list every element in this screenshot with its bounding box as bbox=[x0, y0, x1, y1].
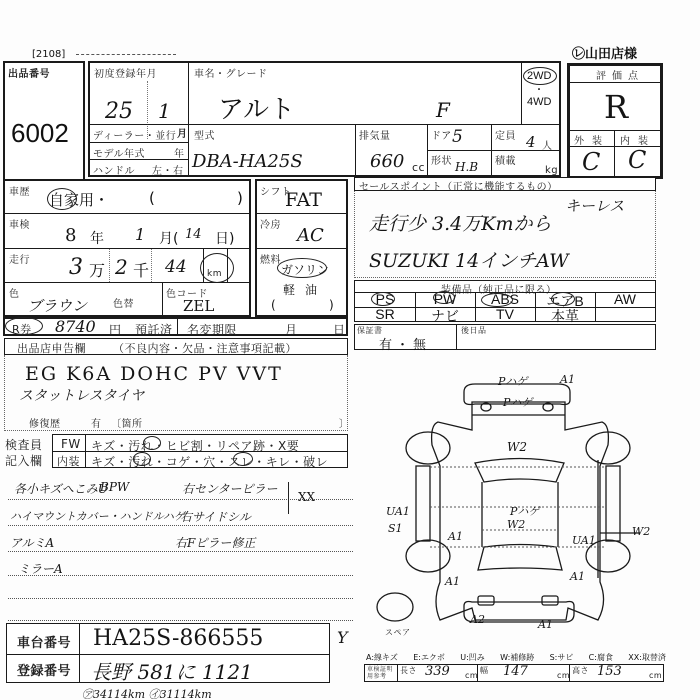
note-line bbox=[8, 620, 353, 621]
divider bbox=[5, 213, 249, 214]
mileage-sen: 2 bbox=[115, 255, 128, 279]
evaluation-label: 評価点 bbox=[596, 67, 644, 82]
mileage-rest: 44 bbox=[165, 257, 187, 277]
body-shape-label: 形状 bbox=[431, 152, 452, 167]
divider bbox=[7, 654, 329, 655]
color-value: ブラウン bbox=[27, 295, 87, 316]
inspection-label: 車検 bbox=[9, 216, 30, 231]
fuel-paren-close: ) bbox=[329, 298, 334, 312]
fuel-gasoline-circle bbox=[277, 258, 327, 278]
header-scan-line bbox=[76, 54, 176, 55]
doors-value: 5 bbox=[452, 127, 463, 147]
car-name-label: 車名・グレード bbox=[194, 65, 268, 80]
bracket-mark bbox=[285, 482, 289, 514]
equip-sr: SR bbox=[355, 306, 415, 322]
lot-number-box: 出品番号 6002 bbox=[3, 61, 85, 181]
lot-number-value: 6002 bbox=[11, 118, 69, 149]
divider bbox=[53, 451, 347, 452]
shift-value: FAT bbox=[285, 189, 322, 211]
sales-point-keyless: キーレス bbox=[565, 195, 624, 216]
divider bbox=[569, 665, 570, 681]
seller-notes-area: EG K6A DOHC PV VVT スタットレスタイヤ 修復歴 有 〔箇所 〕 bbox=[4, 355, 348, 431]
handle-label: ハンドル bbox=[93, 162, 135, 177]
divider bbox=[257, 213, 346, 214]
handle-options: 左・右 bbox=[152, 162, 184, 177]
equip-leather: 本革 bbox=[535, 306, 595, 326]
history-paren-open: ( bbox=[149, 189, 155, 207]
fuel-paren-open: ( bbox=[271, 298, 276, 312]
first-registration-month: 1 bbox=[158, 99, 171, 123]
dealer-label: ディーラー・並行 bbox=[93, 127, 176, 142]
car-name-value: アルト bbox=[218, 89, 295, 126]
color-label: 色 bbox=[9, 285, 20, 300]
registration-label: 登録番号 bbox=[17, 660, 71, 679]
model-code-label: 型式 bbox=[194, 127, 215, 142]
warranty-options: 有・無 bbox=[379, 334, 430, 353]
name-change-day: 日 bbox=[333, 321, 346, 338]
model-year-label: モデル年式 bbox=[93, 145, 145, 160]
history-circle bbox=[47, 188, 77, 210]
equip-pw-circle bbox=[433, 291, 455, 304]
legend-xx: XX:取替済 bbox=[628, 652, 666, 663]
mark-roof-lower: W2 bbox=[507, 518, 525, 531]
width-label: 幅 bbox=[480, 665, 489, 676]
mark-left-door: UA1 bbox=[386, 505, 410, 518]
divider bbox=[90, 142, 188, 143]
name-change-month: 月 bbox=[285, 321, 298, 338]
dimensions-label: 車検証明用参考 bbox=[367, 666, 395, 680]
divider bbox=[570, 130, 660, 131]
inspector-note-2a: ハイマウントカバー・ハンドルハゲ bbox=[10, 508, 185, 524]
mileage-km-circle bbox=[200, 253, 234, 283]
load-unit: kg bbox=[545, 165, 558, 176]
divider bbox=[355, 124, 356, 177]
note-line bbox=[8, 598, 353, 599]
mark-rear-bumper-left: A2 bbox=[470, 613, 485, 626]
legend-u: U:凹み bbox=[460, 652, 485, 663]
divider bbox=[177, 319, 178, 334]
mark-left-sill: S1 bbox=[388, 522, 403, 535]
inspector-note-3a: アルミA bbox=[10, 534, 54, 551]
divider bbox=[85, 435, 86, 467]
divider bbox=[90, 124, 188, 125]
month-unit: 月 bbox=[177, 125, 188, 140]
first-registration-label: 初度登録年月 bbox=[94, 65, 157, 80]
capacity-label: 定員 bbox=[495, 127, 516, 142]
legend-a: A:線キズ bbox=[366, 652, 398, 663]
divider bbox=[570, 82, 660, 83]
height-unit: cm bbox=[649, 671, 662, 680]
dimensions-table: 車検証明用参考 長さ 339 cm 幅 147 cm 高さ 153 cm bbox=[364, 664, 664, 682]
spare-label: スペア bbox=[385, 627, 411, 638]
inspector-label-1: 検査員 bbox=[5, 436, 43, 453]
interior-grade: C bbox=[628, 146, 646, 174]
sales-point-wheels: SUZUKI 14インチAW bbox=[369, 246, 569, 273]
inspection-month: 1 bbox=[135, 225, 145, 244]
divider bbox=[570, 146, 660, 147]
interior-label: 内装 bbox=[620, 132, 656, 147]
repair-place-close: 〕 bbox=[339, 415, 350, 430]
mark-hood-front: Pハゲ bbox=[503, 394, 532, 410]
vehicle-info-box: 初度登録年月 25 1 月 車名・グレード アルト F 2WD ・ 4WD ディ… bbox=[88, 61, 561, 177]
history-paren-close: ) bbox=[237, 189, 243, 207]
equip-abs-circle bbox=[481, 293, 513, 307]
capacity-value: 4 bbox=[526, 133, 536, 151]
divider bbox=[5, 248, 249, 249]
divider bbox=[477, 665, 478, 681]
divider bbox=[427, 150, 561, 151]
inspector-note-2c: 右サイドシル bbox=[180, 508, 251, 525]
history-box: 車歴 自家用・ ( ) 車検 8 年 1 月( 14 日) 走行 3 万 2 千… bbox=[3, 179, 251, 317]
repair-history-label: 修復歴 bbox=[29, 415, 61, 430]
inspection-day-unit: 日) bbox=[215, 228, 234, 248]
mileage-label: 走行 bbox=[9, 251, 30, 266]
repair-place-label: 〔箇所 bbox=[111, 415, 143, 430]
mileage-man-unit: 万 bbox=[89, 258, 105, 281]
inspector-note-1a: 各小キズへこみU bbox=[14, 480, 108, 497]
width-value: 147 bbox=[503, 664, 528, 679]
damage-legend: A:線キズ E:エクボ U:凹み W:補修跡 S:サビ C:腐食 XX:取替済 bbox=[366, 652, 666, 663]
displacement-label: 排気量 bbox=[359, 127, 391, 142]
fw-label: FW bbox=[61, 437, 81, 451]
chassis-value: HA25S-866555 bbox=[93, 626, 263, 651]
legend-c: C:腐食 bbox=[589, 652, 613, 663]
length-value: 339 bbox=[425, 664, 450, 679]
divider bbox=[491, 124, 492, 177]
drive-4wd: 4WD bbox=[527, 96, 551, 108]
equip-ps-circle bbox=[371, 292, 395, 306]
interior-stain-circle bbox=[133, 452, 151, 466]
displacement-unit: cc bbox=[412, 161, 425, 174]
auction-house-label: ㋹山田店様 bbox=[572, 43, 637, 62]
recycle-status: 預託済 bbox=[135, 321, 173, 338]
displacement-value: 660 bbox=[370, 151, 404, 172]
height-label: 高さ bbox=[572, 665, 589, 676]
exterior-grade: C bbox=[582, 148, 600, 176]
inspector-note-1b: BPW bbox=[100, 480, 129, 494]
divider bbox=[614, 130, 615, 176]
load-label: 積載 bbox=[495, 152, 516, 167]
chassis-table: 車台番号 HA25S-866555 登録番号 長野 581に 1121 bbox=[6, 623, 330, 683]
doors-label: ドア bbox=[431, 127, 452, 142]
height-value: 153 bbox=[597, 664, 622, 679]
bracket-note: XX bbox=[298, 490, 315, 504]
divider bbox=[188, 124, 561, 125]
color-change-label: 色替 bbox=[113, 295, 134, 310]
interior-items: キズ・汚れ・コゲ・穴・スレ・キレ・破レ bbox=[91, 453, 328, 470]
evaluation-box: 評価点 R 外装 内装 C C bbox=[567, 63, 663, 179]
note-line bbox=[8, 551, 353, 552]
chassis-side-mark: Y bbox=[337, 628, 348, 647]
sheet-code: [2108] bbox=[32, 49, 65, 60]
first-registration-year: 25 bbox=[105, 99, 133, 124]
equip-aw: AW bbox=[595, 291, 655, 307]
legend-s: S:サビ bbox=[550, 652, 574, 663]
seller-notes-label: 出品店申告欄 bbox=[17, 340, 86, 356]
recycle-box: R券 8740 円 預託済 名変期限 月 日 bbox=[3, 317, 348, 336]
seller-notes-header: 出品店申告欄 （不良内容・欠品・注意事項記載） bbox=[4, 338, 348, 355]
legend-w: W:補修跡 bbox=[500, 652, 534, 663]
mark-front-bumper-top: Pハゲ bbox=[498, 373, 527, 389]
drive-separator: ・ bbox=[534, 81, 544, 96]
mark-left-quarter: A1 bbox=[445, 575, 460, 588]
mark-roof: Pハゲ bbox=[510, 503, 539, 519]
mark-front-bumper-right: A1 bbox=[560, 373, 575, 386]
seller-notes-sublabel: （不良内容・欠品・注意事項記載） bbox=[113, 340, 297, 356]
fw-stain-circle bbox=[143, 436, 161, 450]
inspector-note-3c: 右Fピラー修正 bbox=[175, 534, 255, 551]
divider bbox=[257, 248, 346, 249]
equipment-box: 装備品（純正品に限る） PS PW ABS エアB AW SR ナビ TV 本革 bbox=[354, 280, 656, 322]
evaluation-score: R bbox=[604, 88, 628, 126]
inspector-table: FW キズ・汚れ・ヒビ割・リペア跡・X要 内装 キズ・汚れ・コゲ・穴・スレ・キレ… bbox=[52, 434, 348, 468]
inspection-day: 14 bbox=[185, 227, 202, 242]
sales-point-mileage: 走行少 3.4万Kmから bbox=[369, 209, 551, 236]
note-line bbox=[8, 525, 353, 526]
fuel-diesel: 軽油 bbox=[283, 281, 327, 298]
chassis-label: 車台番号 bbox=[17, 632, 71, 651]
recycle-unit: 円 bbox=[109, 321, 122, 338]
aircon-value: AC bbox=[297, 225, 324, 246]
mark-left-rear-door: A1 bbox=[448, 530, 463, 543]
divider bbox=[79, 624, 80, 682]
inspection-year: 8 bbox=[65, 225, 76, 246]
mark-right-quarter: A1 bbox=[570, 570, 585, 583]
divider bbox=[162, 282, 163, 315]
divider bbox=[397, 665, 398, 681]
capacity-unit: 人 bbox=[542, 137, 553, 152]
registration-value: 長野 581に 1121 bbox=[91, 656, 253, 685]
mileage-man: 3 bbox=[69, 255, 83, 280]
inspection-year-unit: 年 bbox=[90, 228, 104, 248]
aircon-label: 冷房 bbox=[260, 216, 281, 231]
divider bbox=[188, 63, 189, 177]
model-code-value: DBA-HA25S bbox=[192, 151, 303, 172]
length-label: 長さ bbox=[400, 665, 417, 676]
divider bbox=[456, 325, 457, 349]
lot-number-label: 出品番号 bbox=[8, 65, 50, 80]
color-code-value: ZEL bbox=[183, 297, 214, 315]
recycle-amount: 8740 bbox=[55, 317, 96, 336]
mark-right-door: UA1 bbox=[572, 534, 596, 547]
inspection-month-unit: 月( bbox=[159, 228, 178, 248]
history-label: 車歴 bbox=[9, 183, 30, 198]
divider bbox=[521, 63, 522, 125]
sales-points-header: セールスポイント（正常に機能するもの） bbox=[354, 177, 656, 191]
after-items-label: 後日品 bbox=[461, 325, 487, 336]
equip-airbag-circle bbox=[551, 292, 575, 306]
shift-box: シフト FAT 冷房 AC 燃料 ガソリン 軽油 ( ) bbox=[255, 179, 348, 317]
model-year-unit: 年 bbox=[174, 145, 185, 160]
exterior-label: 外装 bbox=[574, 132, 610, 147]
seller-note-tires: スタットレスタイヤ bbox=[19, 385, 144, 405]
inspector-note-1c: 右センターピラー bbox=[182, 480, 278, 497]
interior-scuff-circle bbox=[233, 452, 253, 466]
seller-note-engine: EG K6A DOHC PV VVT bbox=[25, 363, 283, 385]
grade-value: F bbox=[436, 98, 450, 122]
mileage-sen-unit: 千 bbox=[133, 258, 149, 281]
recycle-label: R券 bbox=[12, 321, 32, 337]
repair-history-value: 有 bbox=[91, 415, 102, 430]
name-change-label: 名変期限 bbox=[187, 321, 237, 338]
equip-navi: ナビ bbox=[415, 306, 475, 326]
divider bbox=[151, 249, 152, 282]
inspector-note-4a: ミラーA bbox=[18, 560, 63, 577]
divider bbox=[227, 249, 228, 282]
equip-tv: TV bbox=[475, 306, 535, 322]
legend-e: E:エクボ bbox=[413, 652, 445, 663]
mark-rear-bumper-right: A1 bbox=[538, 618, 553, 631]
body-shape-value: H.B bbox=[455, 160, 478, 174]
interior-row-label: 内装 bbox=[57, 453, 80, 469]
registration-note: ㋐34114km ㋑31114km bbox=[82, 686, 212, 700]
warranty-box: 保証書 有・無 後日品 bbox=[354, 324, 656, 350]
mark-right-sill: W2 bbox=[632, 525, 650, 538]
mark-hood: W2 bbox=[507, 440, 527, 454]
divider bbox=[5, 282, 249, 283]
sales-points-area: キーレス 走行少 3.4万Kmから SUZUKI 14インチAW bbox=[354, 191, 656, 278]
divider bbox=[109, 249, 110, 282]
inspector-label-2: 記入欄 bbox=[5, 452, 43, 469]
divider bbox=[90, 159, 188, 160]
